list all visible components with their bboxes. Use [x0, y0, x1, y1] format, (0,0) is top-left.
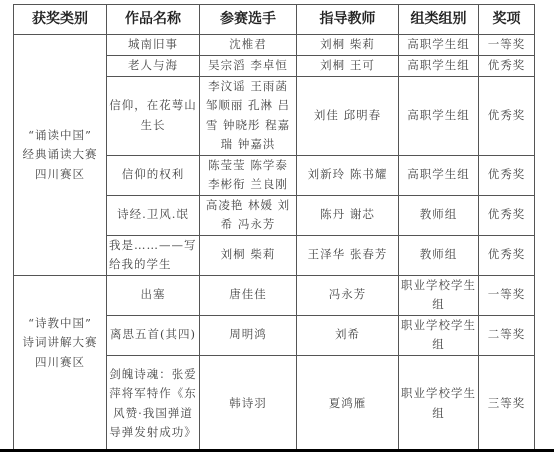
group-cell: 教师组: [399, 195, 479, 235]
header-row: 获奖类别 作品名称 参赛选手 指导教师 组类组别 奖项: [14, 5, 535, 35]
table-row: “诗教中国” 诗词讲解大赛 四川赛区 出塞 唐佳佳 冯永芳 职业学校学生组 一等…: [14, 275, 535, 315]
work-cell: 老人与海: [107, 56, 200, 77]
award-cell: 优秀奖: [479, 235, 535, 275]
header-award: 奖项: [479, 5, 535, 35]
teachers-cell: 刘希: [297, 315, 399, 355]
contestants-cell: 沈椎君: [200, 35, 297, 56]
teachers-cell: 陈丹 谢芯: [297, 195, 399, 235]
teachers-cell: 王泽华 张春芳: [297, 235, 399, 275]
teachers-cell: 刘桐 柴莉: [297, 35, 399, 56]
contestants-cell: 陈莹莹 陈学泰 李彬衔 兰良刚: [200, 155, 297, 195]
group-cell: 高职学生组: [399, 35, 479, 56]
contestants-cell: 韩诗羽: [200, 355, 297, 452]
group-cell: 高职学生组: [399, 56, 479, 77]
header-teachers: 指导教师: [297, 5, 399, 35]
group-cell: 高职学生组: [399, 155, 479, 195]
group-cell: 教师组: [399, 235, 479, 275]
award-cell: 一等奖: [479, 35, 535, 56]
award-cell: 三等奖: [479, 355, 535, 452]
category-line: “诵读中国”: [16, 126, 104, 146]
group-cell: 高职学生组: [399, 76, 479, 155]
header-work: 作品名称: [107, 5, 200, 35]
teachers-cell: 刘新玲 陈书耀: [297, 155, 399, 195]
award-cell: 优秀奖: [479, 195, 535, 235]
work-cell: 出塞: [107, 275, 200, 315]
award-cell: 优秀奖: [479, 76, 535, 155]
awards-table: 获奖类别 作品名称 参赛选手 指导教师 组类组别 奖项 “诵读中国” 经典诵读大…: [13, 4, 535, 452]
teachers-cell: 冯永芳: [297, 275, 399, 315]
teachers-cell: 刘桐 王可: [297, 56, 399, 77]
category-cell: “诗教中国” 诗词讲解大赛 四川赛区: [14, 275, 107, 452]
category-line: 诗词讲解大赛: [16, 333, 104, 353]
work-cell: 剑魄诗魂：张爱萍将军特作《东风赞·我国弹道导弹发射成功》: [107, 355, 200, 452]
contestants-cell: 唐佳佳: [200, 275, 297, 315]
work-cell: 城南旧事: [107, 35, 200, 56]
work-cell: 我是……——写给我的学生: [107, 235, 200, 275]
header-category: 获奖类别: [14, 5, 107, 35]
header-contestants: 参赛选手: [200, 5, 297, 35]
work-cell: 诗经.卫风.氓: [107, 195, 200, 235]
table-row: “诵读中国” 经典诵读大赛 四川赛区 城南旧事 沈椎君 刘桐 柴莉 高职学生组 …: [14, 35, 535, 56]
group-cell: 职业学校学生组: [399, 355, 479, 452]
group-cell: 职业学校学生组: [399, 275, 479, 315]
category-line: 四川赛区: [16, 353, 104, 373]
contestants-cell: 刘桐 柴莉: [200, 235, 297, 275]
group-cell: 职业学校学生组: [399, 315, 479, 355]
award-cell: 二等奖: [479, 315, 535, 355]
work-cell: 离思五首(其四): [107, 315, 200, 355]
award-cell: 优秀奖: [479, 155, 535, 195]
category-line: 四川赛区: [16, 165, 104, 185]
work-cell: 信仰，在花萼山生长: [107, 76, 200, 155]
teachers-cell: 夏鸿雁: [297, 355, 399, 452]
header-group: 组类组别: [399, 5, 479, 35]
category-cell: “诵读中国” 经典诵读大赛 四川赛区: [14, 35, 107, 276]
contestants-cell: 周明鸿: [200, 315, 297, 355]
award-cell: 优秀奖: [479, 56, 535, 77]
category-line: “诗教中国”: [16, 314, 104, 334]
work-cell: 信仰的权利: [107, 155, 200, 195]
contestants-cell: 吴宗滔 李卓恒: [200, 56, 297, 77]
contestants-cell: 高凌艳 林媛 刘希 冯永芳: [200, 195, 297, 235]
category-line: 经典诵读大赛: [16, 145, 104, 165]
award-cell: 一等奖: [479, 275, 535, 315]
contestants-cell: 李汶谣 王雨菡 邹顺丽 孔淋 吕雪 钟晓彤 程嘉瑞 钟嘉洪: [200, 76, 297, 155]
teachers-cell: 刘佳 邱明春: [297, 76, 399, 155]
